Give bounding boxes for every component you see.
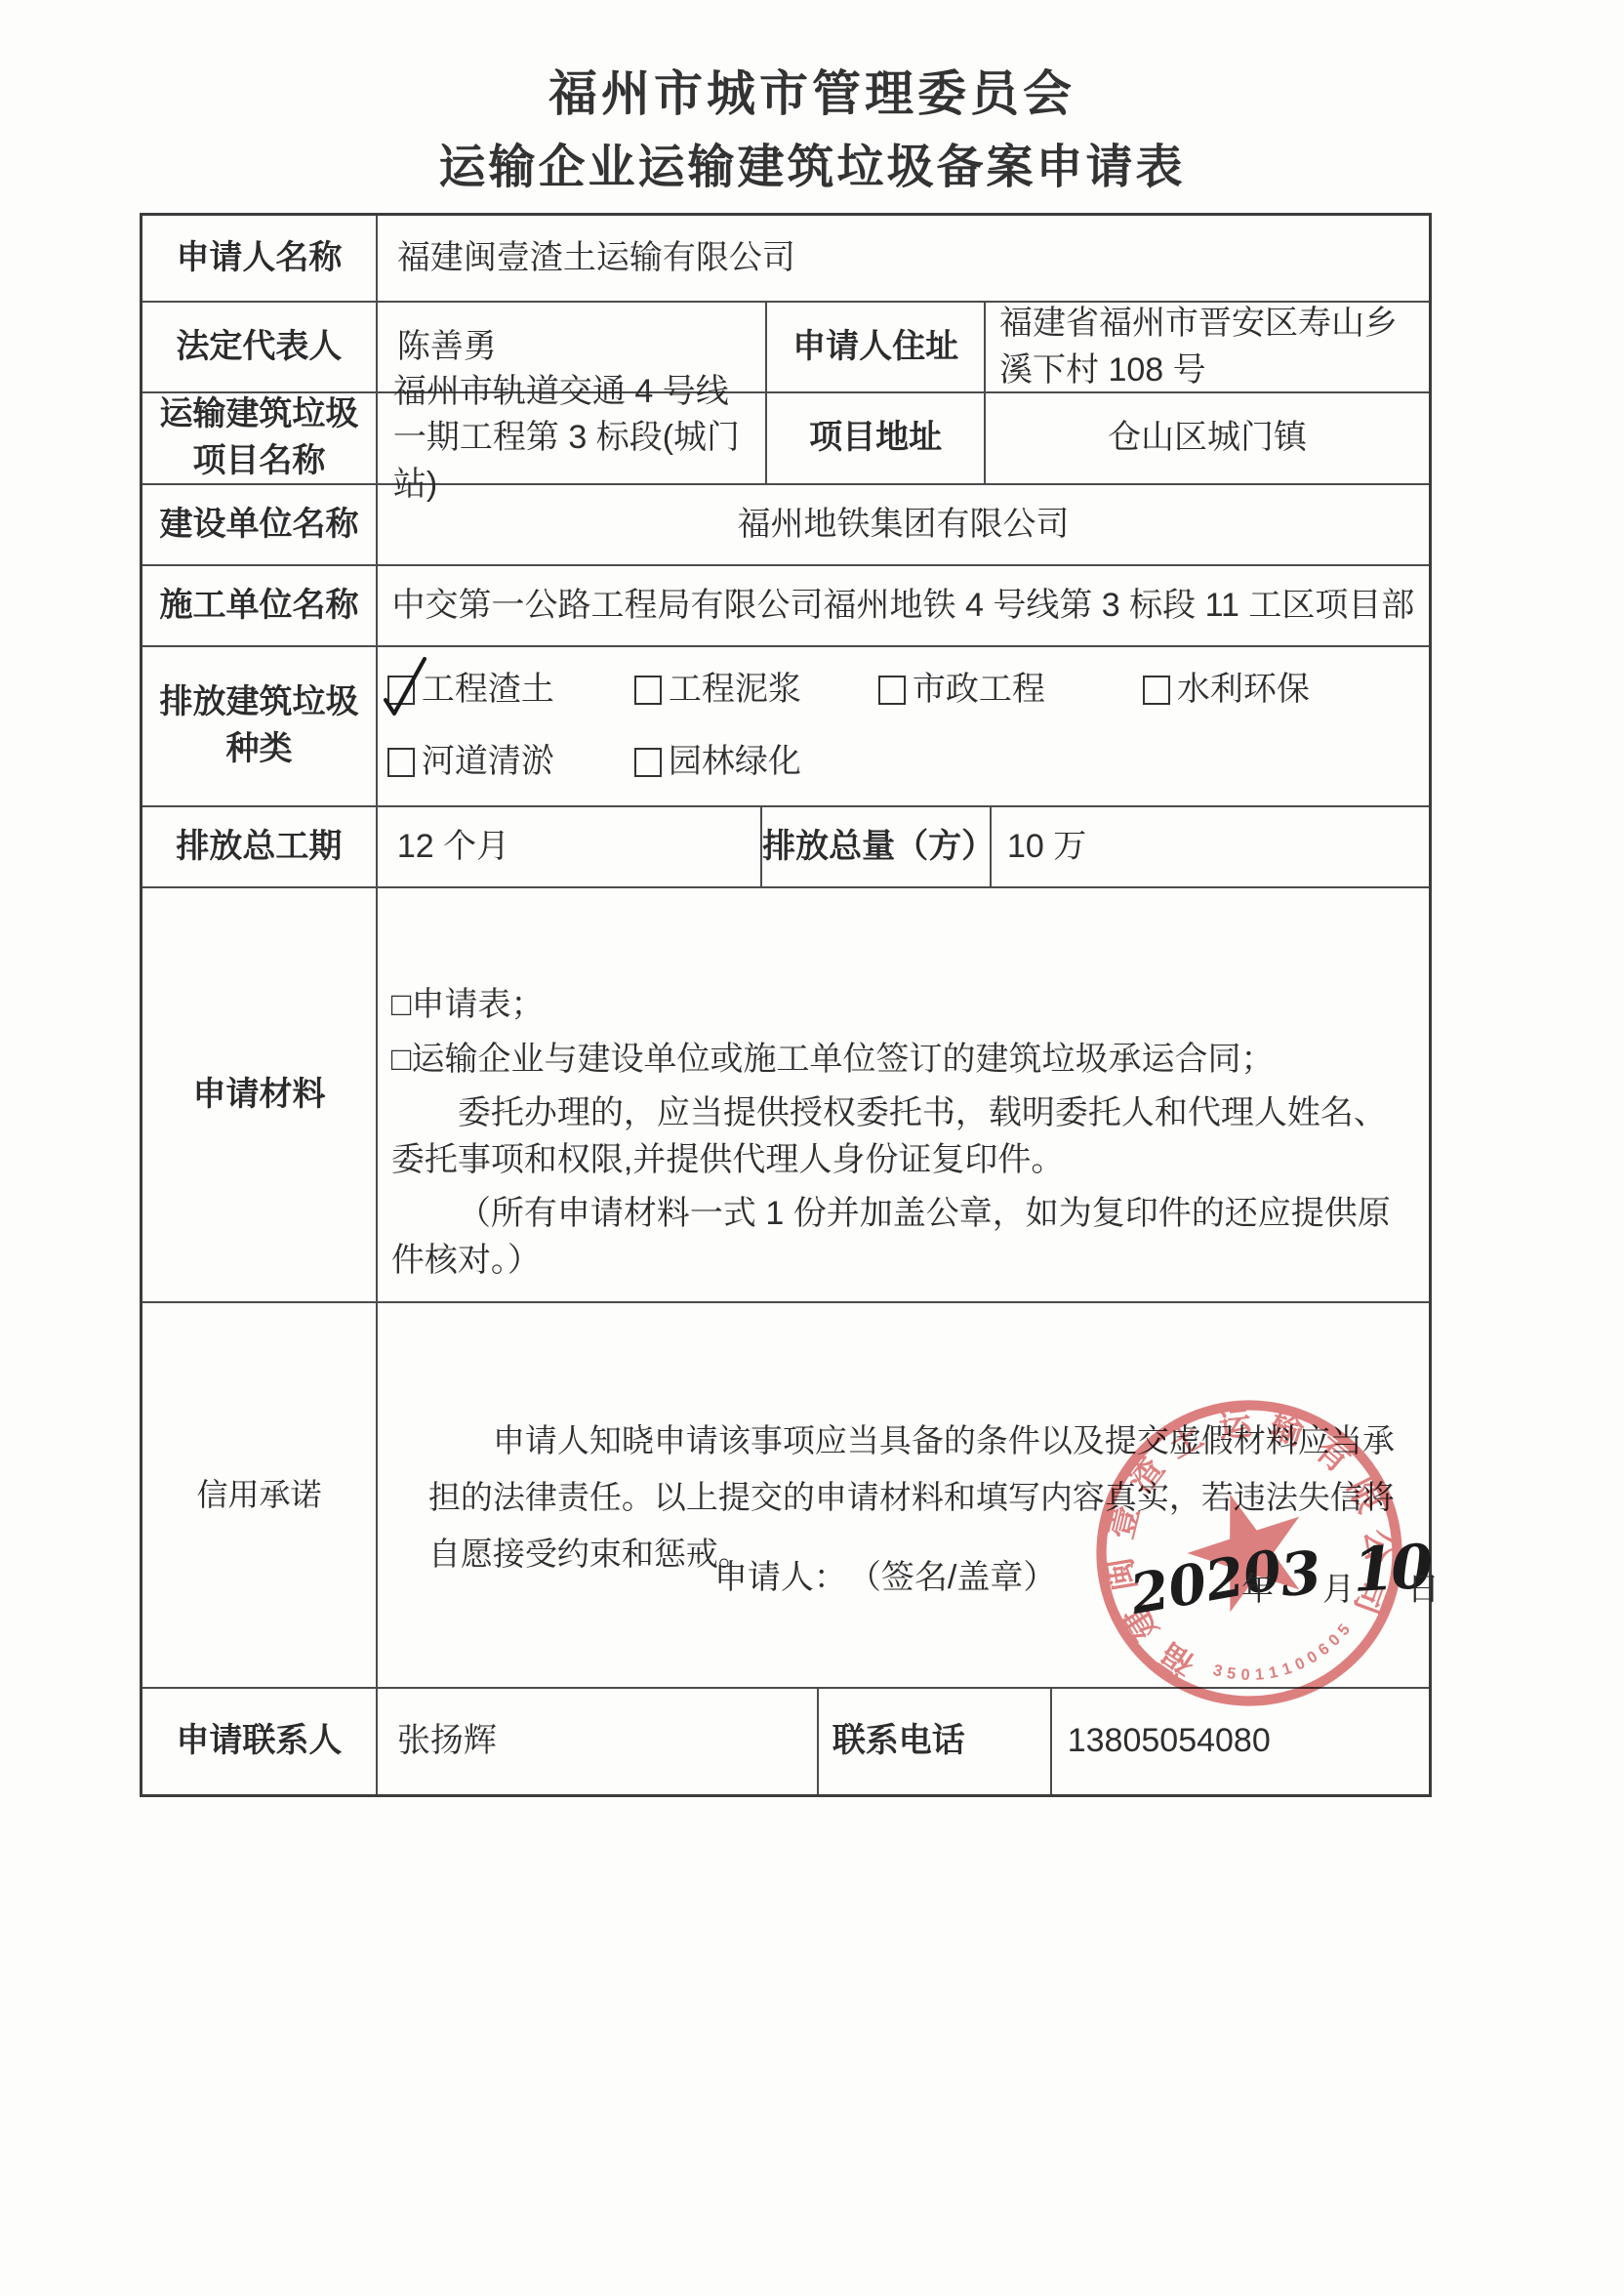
project-address-label: 项目地址 [765, 393, 984, 483]
checkbox-item-engineering-spoil: 工程渣土 [387, 667, 634, 714]
project-address-value: 仓山区城门镇 [984, 393, 1429, 483]
signature-line: 申请人：（签名/盖章） [714, 1555, 1056, 1602]
row-waste-types: 排放建筑垃圾 种类 工程渣土 工程泥浆 市政工程 [142, 645, 1429, 805]
checkbox-item-river-dredging: 河道清淤 [387, 739, 634, 786]
waste-types-line1: 工程渣土 工程泥浆 市政工程 水利环保 [387, 667, 1310, 714]
constructor-unit-label: 施工单位名称 [142, 566, 376, 645]
legal-representative-label: 法定代表人 [142, 303, 376, 391]
signature-hint: （签名/盖章） [865, 1559, 1056, 1596]
checkbox-label: 工程渣土 [422, 667, 554, 714]
contact-person-label: 申请联系人 [142, 1689, 376, 1794]
materials-line-application-form: □申请表； [391, 982, 1403, 1029]
volume-label: 排放总量（方） [760, 807, 990, 886]
checkbox-municipal-works [878, 676, 906, 705]
waste-types-label-line2: 种类 [225, 726, 292, 773]
contact-phone-value: 13805054080 [1050, 1689, 1429, 1794]
row-builder-unit: 建设单位名称 福州地铁集团有限公司 [142, 483, 1429, 564]
project-name-label-line1: 运输建筑垃圾 [159, 391, 358, 438]
scanned-application-form: 福州市城市管理委员会 运输企业运输建筑垃圾备案申请表 申请人名称 福建闽壹渣土运… [0, 0, 1624, 2296]
duration-value: 12 个月 [376, 807, 760, 886]
materials-line-authorization: 委托办理的，应当提供授权委托书，载明委托人和代理人姓名、委托事项和权限,并提供代… [391, 1090, 1403, 1183]
checkbox-water-conservancy [1143, 676, 1170, 705]
checkbox-item-landscaping: 园林绿化 [634, 739, 801, 786]
checkbox-label: 园林绿化 [669, 739, 801, 786]
checkbox-item-municipal-works: 市政工程 [878, 667, 1143, 714]
application-form-table: 申请人名称 福建闽壹渣土运输有限公司 法定代表人 陈善勇 申请人住址 福建省福州… [140, 213, 1432, 1797]
project-name-value: 福州市轨道交通 4 号线一期工程第 3 标段(城门站) [376, 393, 765, 483]
checkbox-landscaping [634, 748, 662, 777]
project-name-label: 运输建筑垃圾 项目名称 [142, 393, 376, 483]
row-legal-representative: 法定代表人 陈善勇 申请人住址 福建省福州市晋安区寿山乡溪下村 108 号 [142, 301, 1429, 391]
builder-unit-label: 建设单位名称 [142, 485, 376, 564]
row-project-name: 运输建筑垃圾 项目名称 福州市轨道交通 4 号线一期工程第 3 标段(城门站) … [142, 391, 1429, 483]
checkbox-engineering-spoil [387, 676, 415, 705]
materials-body: □申请表； □运输企业与建设单位或施工单位签订的建筑垃圾承运合同； 委托办理的，… [378, 888, 1429, 1292]
applicant-name-value: 福建闽壹渣土运输有限公司 [376, 216, 1429, 301]
applicant-address-label: 申请人住址 [765, 303, 984, 391]
document-subtitle: 运输企业运输建筑垃圾备案申请表 [0, 129, 1624, 196]
constructor-unit-value: 中交第一公路工程局有限公司福州地铁 4 号线第 3 标段 11 工区项目部 [376, 566, 1429, 645]
checkbox-label: 水利环保 [1177, 667, 1310, 714]
materials-line-contract: □运输企业与建设单位或施工单位签订的建筑垃圾承运合同； [391, 1037, 1403, 1084]
checkbox-label: 市政工程 [913, 667, 1045, 714]
volume-value: 10 万 [990, 807, 1429, 886]
checkbox-label: 河道清淤 [422, 739, 554, 786]
waste-types-line2: 河道清淤 园林绿化 [387, 739, 801, 786]
builder-unit-value: 福州地铁集团有限公司 [376, 485, 1429, 564]
checkbox-item-engineering-slurry: 工程泥浆 [634, 667, 878, 714]
row-credit-commitment: 信用承诺 申请人知晓申请该事项应当具备的条件以及提交虚假材料应当承担的法律责任。… [142, 1301, 1429, 1687]
checkbox-label: 工程泥浆 [669, 667, 801, 714]
row-applicant-name: 申请人名称 福建闽壹渣土运输有限公司 [142, 216, 1429, 301]
duration-label: 排放总工期 [142, 807, 376, 886]
materials-line-copies-note: （所有申请材料一式 1 份并加盖公章，如为复印件的还应提供原件核对。） [391, 1191, 1403, 1284]
credit-label: 信用承诺 [142, 1303, 376, 1687]
materials-label: 申请材料 [142, 888, 376, 1301]
applicant-address-value: 福建省福州市晋安区寿山乡溪下村 108 号 [984, 303, 1429, 391]
contact-phone-label: 联系电话 [817, 1689, 1050, 1794]
row-duration-volume: 排放总工期 12 个月 排放总量（方） 10 万 [142, 805, 1429, 886]
document-title: 福州市城市管理委员会 [0, 55, 1624, 125]
checkbox-river-dredging [387, 748, 415, 777]
credit-body: 申请人知晓申请该事项应当具备的条件以及提交虚假材料应当承担的法律责任。以上提交的… [378, 1303, 1429, 1581]
signer-label: 申请人： [714, 1559, 847, 1596]
row-contact: 申请联系人 张扬辉 联系电话 13805054080 [142, 1687, 1429, 1794]
checkbox-engineering-slurry [634, 676, 662, 705]
checkbox-item-water-conservancy: 水利环保 [1143, 667, 1310, 714]
waste-types-label: 排放建筑垃圾 种类 [142, 647, 376, 805]
row-materials: 申请材料 □申请表； □运输企业与建设单位或施工单位签订的建筑垃圾承运合同； 委… [142, 886, 1429, 1301]
row-constructor-unit: 施工单位名称 中交第一公路工程局有限公司福州地铁 4 号线第 3 标段 11 工… [142, 564, 1429, 645]
waste-types-label-line1: 排放建筑垃圾 [159, 679, 358, 726]
project-name-label-line2: 项目名称 [192, 438, 325, 485]
applicant-name-label: 申请人名称 [142, 216, 376, 301]
contact-person-value: 张扬辉 [376, 1689, 817, 1794]
